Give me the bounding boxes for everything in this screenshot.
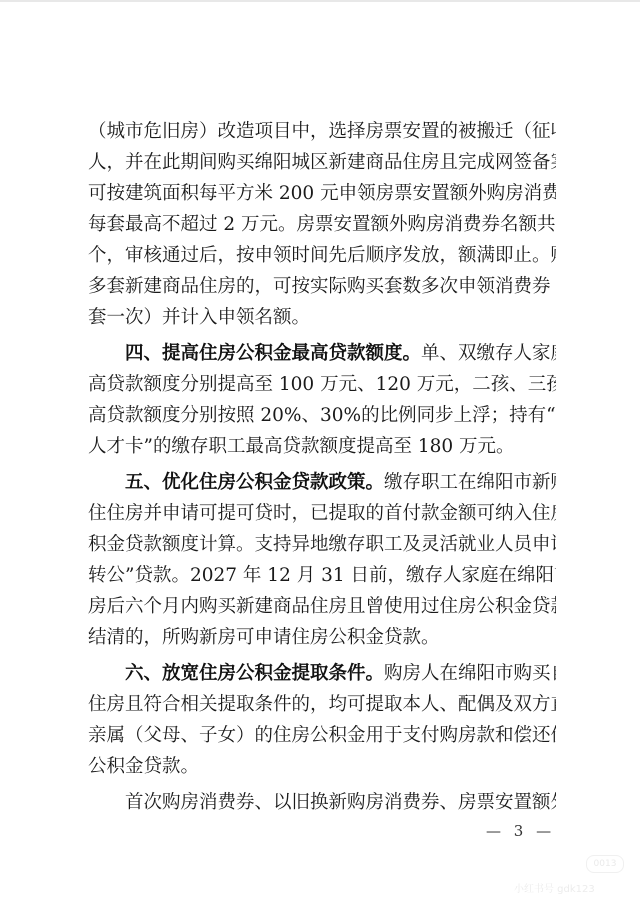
- text-line: 公积金贷款。: [88, 751, 556, 782]
- text-line: 亲属（父母、子女）的住房公积金用于支付购房款和偿还住房: [88, 720, 556, 751]
- text-run: 缴存职工在绵阳市新购自: [384, 472, 556, 493]
- page-top-edge: [0, 0, 640, 2]
- text-line: 首次购房消费券、以旧换新购房消费券、房票安置额外购: [88, 787, 556, 818]
- text-line: 人才卡”的缴存职工最高贷款额度提高至 180 万元。: [88, 431, 556, 462]
- text-line: 住住房并申请可提可贷时，已提取的首付款金额可纳入住房公: [88, 498, 556, 529]
- text-line: 多套新建商品住房的，可按实际购买套数多次申领消费券（每: [88, 271, 556, 302]
- section-heading-5: 五、优化住房公积金贷款政策。: [125, 472, 384, 493]
- text-line: 房后六个月内购买新建商品住房且曾使用过住房公积金贷款并: [88, 591, 556, 622]
- watermark-text: 小红书号 gdk123: [514, 880, 595, 895]
- text-line: 可按建筑面积每平方米 200 元申领房票安置额外购房消费券，: [88, 178, 556, 209]
- text-line: 结清的，所购新房可申请住房公积金贷款。: [88, 622, 556, 653]
- paragraph-section-4: 四、提高住房公积金最高贷款额度。单、双缴存人家庭最 高贷款额度分别提高至 100…: [88, 338, 556, 462]
- paragraph-continued: （城市危旧房）改造项目中，选择房票安置的被搬迁（征收） 人，并在此期间购买绵阳城…: [88, 116, 556, 333]
- text-line: （城市危旧房）改造项目中，选择房票安置的被搬迁（征收）: [88, 116, 556, 147]
- text-line: 住房且符合相关提取条件的，均可提取本人、配偶及双方直系: [88, 689, 556, 720]
- text-line: 四、提高住房公积金最高贷款额度。单、双缴存人家庭最: [88, 338, 556, 369]
- paragraph-trailing: 首次购房消费券、以旧换新购房消费券、房票安置额外购: [88, 787, 556, 818]
- paragraph-section-6: 六、放宽住房公积金提取条件。购房人在绵阳市购买自住 住房且符合相关提取条件的，均…: [88, 658, 556, 782]
- section-heading-4: 四、提高住房公积金最高贷款额度。: [125, 343, 421, 364]
- text-line: 五、优化住房公积金贷款政策。缴存职工在绵阳市新购自: [88, 467, 556, 498]
- text-line: 高贷款额度分别提高至 100 万元、120 万元，二孩、三孩家庭最: [88, 369, 556, 400]
- watermark-badge: 0013: [586, 855, 624, 873]
- text-line: 套一次）并计入申领名额。: [88, 302, 556, 333]
- text-line: 六、放宽住房公积金提取条件。购房人在绵阳市购买自住: [88, 658, 556, 689]
- text-line: 人，并在此期间购买绵阳城区新建商品住房且完成网签备案的，: [88, 147, 556, 178]
- paragraph-section-5: 五、优化住房公积金贷款政策。缴存职工在绵阳市新购自 住住房并申请可提可贷时，已提…: [88, 467, 556, 653]
- text-line: 每套最高不超过 2 万元。房票安置额外购房消费券名额共 2000: [88, 209, 556, 240]
- document-page: （城市危旧房）改造项目中，选择房票安置的被搬迁（征收） 人，并在此期间购买绵阳城…: [88, 116, 556, 818]
- text-run: 单、双缴存人家庭最: [421, 343, 556, 364]
- section-heading-6: 六、放宽住房公积金提取条件。: [125, 663, 384, 684]
- text-run: 购房人在绵阳市购买自住: [384, 663, 556, 684]
- text-line: 高贷款额度分别按照 20%、30%的比例同步上浮；持有“科技城: [88, 400, 556, 431]
- text-line: 积金贷款额度计算。支持异地缴存职工及灵活就业人员申请“商: [88, 529, 556, 560]
- page-number: — 3 —: [486, 822, 555, 840]
- text-line: 个，审核通过后，按申领时间先后顺序发放，额满即止。购买: [88, 240, 556, 271]
- text-line: 转公”贷款。2027 年 12 月 31 日前，缴存人家庭在绵阳市出售旧: [88, 560, 556, 591]
